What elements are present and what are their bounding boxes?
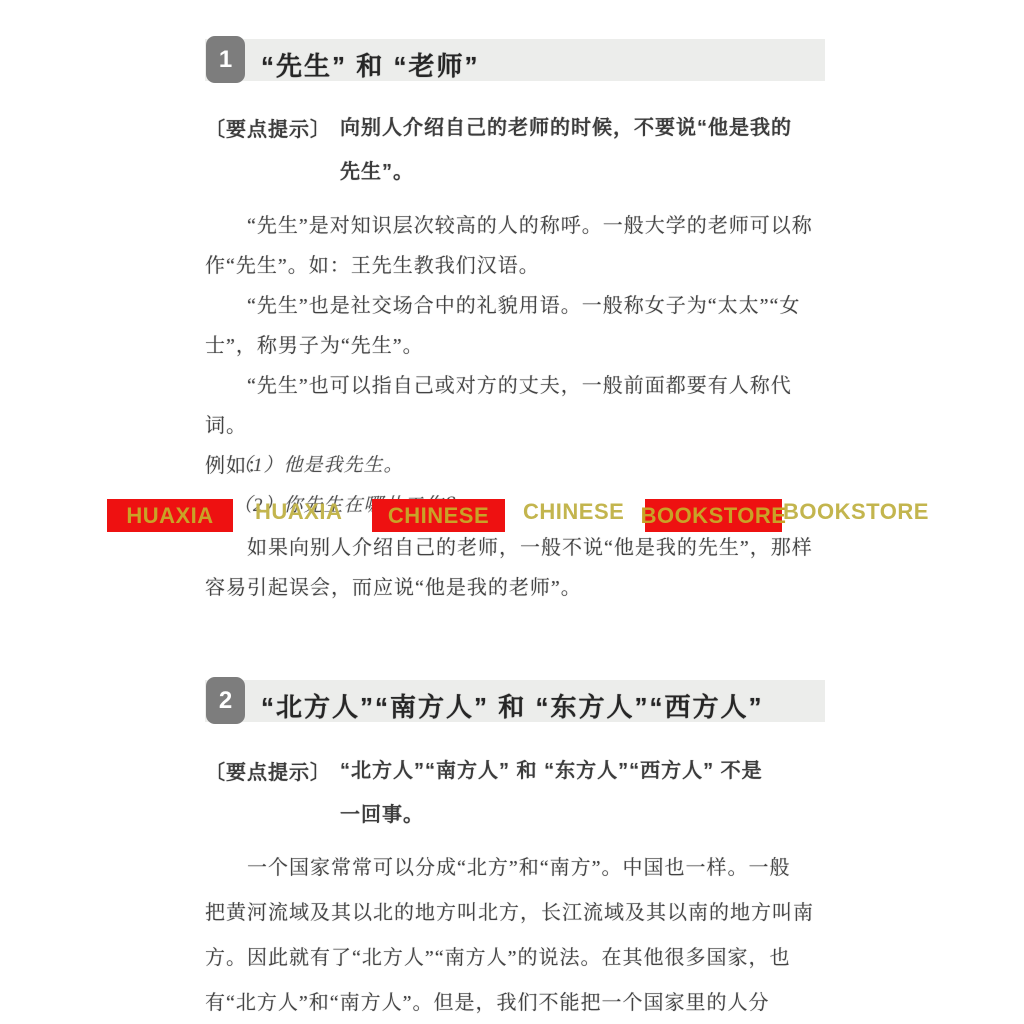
section-2-hint-label: 〔要点提示〕 — [205, 756, 331, 785]
section-2-number: 2 — [219, 687, 232, 715]
watermark-plain-huaxia: HUAXIA — [255, 499, 342, 532]
watermark-plain-chinese: CHINESE — [523, 499, 624, 532]
section-1-title: “先生” 和 “老师” — [261, 46, 479, 83]
section-1-paragraph-1: “先生”是对知识层次较高的人的称呼。一般大学的老师可以称 作“先生”。如：王先生… — [205, 206, 833, 286]
section-2-paragraph-1: 一个国家常常可以分成“北方”和“南方”。中国也一样。一般 把黄河流域及其以北的地… — [205, 846, 833, 1024]
watermark-plain-bookstore: BOOKSTORE — [783, 499, 929, 532]
section-1-hint-text: 向别人介绍自己的老师的时候，不要说“他是我的 先生”。 — [340, 106, 832, 194]
section-2-hint-text: “北方人”“南方人” 和 “东方人”“西方人” 不是 一回事。 — [340, 749, 832, 837]
section-1-closing-paragraph: 如果向别人介绍自己的老师，一般不说“他是我的先生”，那样 容易引起误会，而应说“… — [205, 528, 833, 608]
section-1-paragraph-2: “先生”也是社交场合中的礼貌用语。一般称女子为“太太”“女 士”，称男子为“先生… — [205, 286, 833, 366]
watermark-boxed-chinese: CHINESE — [372, 499, 505, 532]
section-2-title: “北方人”“南方人” 和 “东方人”“西方人” — [261, 687, 763, 724]
watermark-boxed-huaxia: HUAXIA — [107, 499, 233, 532]
book-page-scan: 1 “先生” 和 “老师” 〔要点提示〕 向别人介绍自己的老师的时候，不要说“他… — [0, 0, 1024, 1024]
section-1-number: 1 — [219, 46, 232, 74]
section-1-example-1: （1）他是我先生。 — [233, 446, 793, 486]
section-2-number-badge: 2 — [206, 677, 245, 724]
watermark-boxed-bookstore: BOOKSTORE — [645, 499, 782, 532]
section-1-number-badge: 1 — [206, 36, 245, 83]
section-1-hint-label: 〔要点提示〕 — [205, 113, 331, 142]
